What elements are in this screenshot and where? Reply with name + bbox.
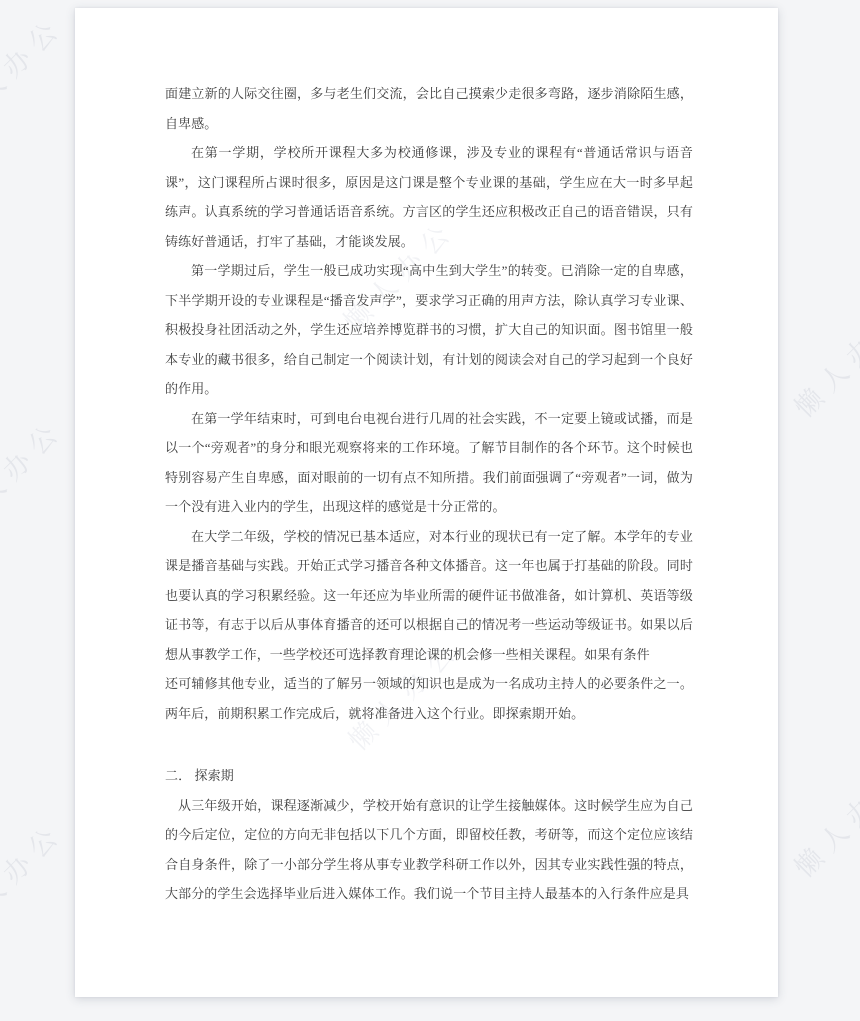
paragraph: 第一学期过后，学生一般已成功实现“高中生到大学生”的转变。已消除一定的自卑感，下…: [165, 256, 693, 404]
watermark-text: 懒人办公: [791, 762, 860, 883]
watermark-text: 懒人办公: [791, 302, 860, 423]
paragraph: 在第一学年结束时，可到电台电视台进行几周的社会实践，不一定要上镜或试播，而是以一…: [165, 404, 693, 522]
paragraph: 在大学二年级，学校的情况已基本适应，对本行业的现状已有一定了解。本学年的专业课是…: [165, 522, 693, 729]
watermark-text: 懒人办公: [0, 13, 68, 134]
paragraph-continuation: 面建立新的人际交往圈，多与老生们交流，会比自己摸索少走很多弯路，逐步消除陌生感，…: [165, 79, 693, 138]
section-heading: 二． 探索期: [165, 761, 693, 791]
paragraph: 从三年级开始，课程逐渐减少，学校开始有意识的让学生接触媒体。这时候学生应为自己的…: [165, 791, 693, 909]
watermark-text: 懒人办公: [0, 819, 68, 940]
viewer-background: 懒人办公 懒人办公 懒人办公 懒人办公 懒人办公 懒人办公 懒人办公 面建立新的…: [0, 0, 860, 1021]
document-page: 懒人办公 懒人办公 面建立新的人际交往圈，多与老生们交流，会比自己摸索少走很多弯…: [75, 8, 778, 997]
watermark-text: 懒人办公: [0, 416, 68, 537]
document-content: 面建立新的人际交往圈，多与老生们交流，会比自己摸索少走很多弯路，逐步消除陌生感，…: [165, 79, 693, 909]
paragraph: 在第一学期，学校所开课程大多为校通修课，涉及专业的课程有“普通话常识与语音课”，…: [165, 138, 693, 256]
